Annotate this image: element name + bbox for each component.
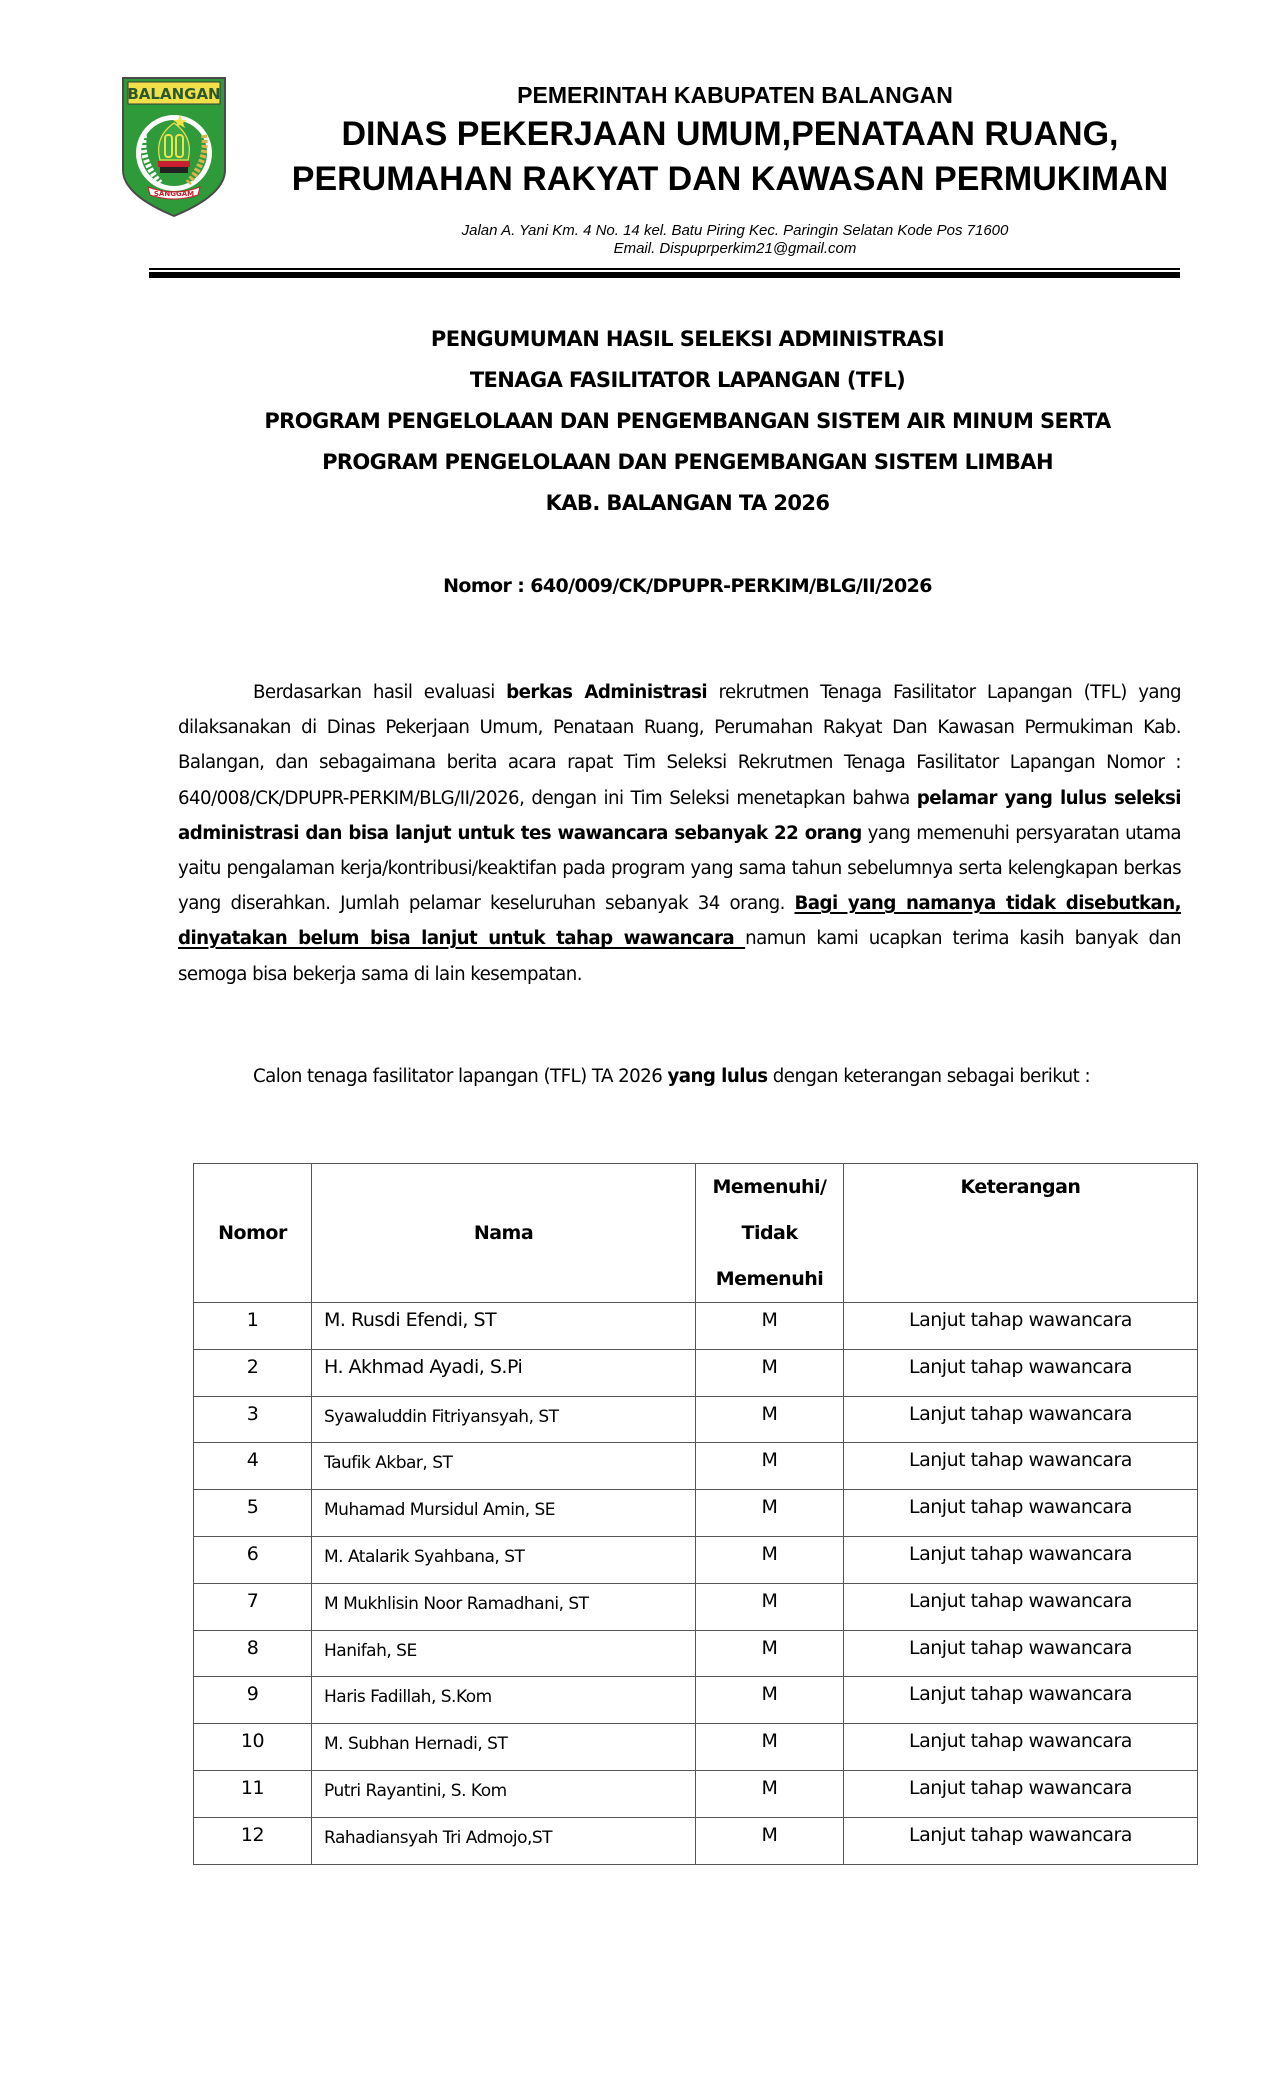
table-row: 2H. Akhmad Ayadi, S.PiMLanjut tahap wawa… <box>194 1349 1198 1396</box>
cell-keterangan: Lanjut tahap wawancara <box>844 1630 1198 1677</box>
cell-nama: Rahadiansyah Tri Admojo,ST <box>312 1817 696 1864</box>
table-row: 11Putri Rayantini, S. KomMLanjut tahap w… <box>194 1770 1198 1817</box>
cell-status-text: M <box>762 1637 778 1659</box>
header-keterangan: Keterangan <box>844 1164 1198 1303</box>
cell-keterangan: Lanjut tahap wawancara <box>844 1583 1198 1630</box>
cell-keterangan: Lanjut tahap wawancara <box>844 1817 1198 1864</box>
cell-status: M <box>696 1770 844 1817</box>
cell-nomor-text: 5 <box>247 1496 259 1518</box>
cell-status: M <box>696 1396 844 1443</box>
cell-nama: M. Rusdi Efendi, ST <box>312 1303 696 1350</box>
cell-nomor: 6 <box>194 1536 312 1583</box>
cell-status: M <box>696 1630 844 1677</box>
cell-nama: Haris Fadillah, S.Kom <box>312 1677 696 1724</box>
cell-keterangan-text: Lanjut tahap wawancara <box>909 1309 1132 1331</box>
cell-nama: M. Subhan Hernadi, ST <box>312 1724 696 1771</box>
letterhead-email: Email. Dispuprperkim21@gmail.com <box>300 240 1170 258</box>
table-header-row: Nomor Nama Memenuhi/ Tidak Memenuhi Kete… <box>194 1164 1198 1303</box>
cell-status-text: M <box>762 1730 778 1752</box>
cell-keterangan-text: Lanjut tahap wawancara <box>909 1824 1132 1846</box>
announcement-title-line1: PENGUMUMAN HASIL SELEKSI ADMINISTRASI <box>150 326 1225 352</box>
letterhead-agency-name-line1: DINAS PEKERJAAN UMUM,PENATAAN RUANG, <box>240 115 1220 153</box>
cell-nomor: 3 <box>194 1396 312 1443</box>
cell-nama-text: M. Rusdi Efendi, ST <box>312 1307 496 1333</box>
header-nama: Nama <box>312 1164 696 1303</box>
header-memenuhi-line1: Memenuhi/ <box>696 1164 843 1210</box>
cell-nomor: 4 <box>194 1443 312 1490</box>
cell-nomor: 5 <box>194 1490 312 1537</box>
cell-nomor-text: 7 <box>247 1590 259 1612</box>
cell-status-text: M <box>762 1496 778 1518</box>
para1-bold-berkas: berkas Administrasi <box>506 682 707 703</box>
cell-status: M <box>696 1677 844 1724</box>
cell-keterangan-text: Lanjut tahap wawancara <box>909 1777 1132 1799</box>
table-body: 1M. Rusdi Efendi, STMLanjut tahap wawanc… <box>194 1303 1198 1865</box>
header-memenuhi-line3: Memenuhi <box>696 1256 843 1302</box>
cell-nama: Taufik Akbar, ST <box>312 1443 696 1490</box>
cell-status: M <box>696 1536 844 1583</box>
cell-status: M <box>696 1724 844 1771</box>
cell-status-text: M <box>762 1449 778 1471</box>
header-memenuhi: Memenuhi/ Tidak Memenuhi <box>696 1164 844 1303</box>
emblem-top-label: BALANGAN <box>127 85 220 103</box>
cell-nomor-text: 12 <box>241 1824 264 1846</box>
table-row: 7M Mukhlisin Noor Ramadhani, STMLanjut t… <box>194 1583 1198 1630</box>
emblem-bottom-label: SANGGAM <box>154 190 194 198</box>
cell-status-text: M <box>762 1683 778 1705</box>
cell-nomor-text: 6 <box>247 1543 259 1565</box>
body-paragraph-list-intro: Calon tenaga fasilitator lapangan (TFL) … <box>178 1059 1181 1094</box>
table-row: 9Haris Fadillah, S.KomMLanjut tahap wawa… <box>194 1677 1198 1724</box>
cell-keterangan-text: Lanjut tahap wawancara <box>909 1637 1132 1659</box>
cell-keterangan-text: Lanjut tahap wawancara <box>909 1496 1132 1518</box>
header-nomor: Nomor <box>194 1164 312 1303</box>
cell-nomor: 1 <box>194 1303 312 1350</box>
cell-nomor-text: 8 <box>247 1637 259 1659</box>
cell-keterangan-text: Lanjut tahap wawancara <box>909 1449 1132 1471</box>
cell-keterangan: Lanjut tahap wawancara <box>844 1724 1198 1771</box>
cell-nomor-text: 2 <box>247 1356 259 1378</box>
cell-nomor-text: 1 <box>247 1309 259 1331</box>
cell-nama-text: H. Akhmad Ayadi, S.Pi <box>312 1354 522 1380</box>
para1-text-1: Berdasarkan hasil evaluasi <box>253 682 506 703</box>
cell-nama-text: Muhamad Mursidul Amin, SE <box>312 1494 555 1523</box>
para2-bold-lulus: yang lulus <box>667 1066 767 1087</box>
cell-nama: Putri Rayantini, S. Kom <box>312 1770 696 1817</box>
cell-keterangan-text: Lanjut tahap wawancara <box>909 1590 1132 1612</box>
cell-nama: H. Akhmad Ayadi, S.Pi <box>312 1349 696 1396</box>
cell-nama-text: M Mukhlisin Noor Ramadhani, ST <box>312 1588 589 1617</box>
cell-status-text: M <box>762 1356 778 1378</box>
cell-keterangan: Lanjut tahap wawancara <box>844 1536 1198 1583</box>
announcement-title-line5: KAB. BALANGAN TA 2026 <box>150 490 1225 516</box>
header-keterangan-label: Keterangan <box>844 1164 1197 1200</box>
cell-status-text: M <box>762 1777 778 1799</box>
letterhead-divider-thin <box>149 268 1180 270</box>
cell-keterangan-text: Lanjut tahap wawancara <box>909 1730 1132 1752</box>
table-row: 5Muhamad Mursidul Amin, SEMLanjut tahap … <box>194 1490 1198 1537</box>
cell-nomor: 10 <box>194 1724 312 1771</box>
cell-keterangan: Lanjut tahap wawancara <box>844 1443 1198 1490</box>
table-row: 8Hanifah, SEMLanjut tahap wawancara <box>194 1630 1198 1677</box>
announcement-title-line4: PROGRAM PENGELOLAAN DAN PENGEMBANGAN SIS… <box>150 449 1225 475</box>
cell-nama: M Mukhlisin Noor Ramadhani, ST <box>312 1583 696 1630</box>
cell-keterangan: Lanjut tahap wawancara <box>844 1349 1198 1396</box>
cell-keterangan: Lanjut tahap wawancara <box>844 1677 1198 1724</box>
cell-keterangan-text: Lanjut tahap wawancara <box>909 1403 1132 1425</box>
header-memenuhi-line2: Tidak <box>696 1210 843 1256</box>
announcement-title-line2: TENAGA FASILITATOR LAPANGAN (TFL) <box>150 367 1225 393</box>
letterhead-divider-thick <box>149 272 1180 278</box>
document-number: Nomor : 640/009/CK/DPUPR-PERKIM/BLG/II/2… <box>150 574 1225 598</box>
cell-status: M <box>696 1817 844 1864</box>
cell-nomor-text: 3 <box>247 1403 259 1425</box>
letterhead-government-name: PEMERINTAH KABUPATEN BALANGAN <box>300 82 1170 108</box>
cell-nomor: 9 <box>194 1677 312 1724</box>
cell-nama: Hanifah, SE <box>312 1630 696 1677</box>
table-row: 4Taufik Akbar, STMLanjut tahap wawancara <box>194 1443 1198 1490</box>
cell-nama: M. Atalarik Syahbana, ST <box>312 1536 696 1583</box>
body-paragraph-evaluation: Berdasarkan hasil evaluasi berkas Admini… <box>178 675 1181 992</box>
cell-status-text: M <box>762 1824 778 1846</box>
table-row: 12Rahadiansyah Tri Admojo,STMLanjut taha… <box>194 1817 1198 1864</box>
cell-status-text: M <box>762 1309 778 1331</box>
cell-nomor: 12 <box>194 1817 312 1864</box>
cell-nomor-text: 11 <box>241 1777 264 1799</box>
cell-keterangan: Lanjut tahap wawancara <box>844 1770 1198 1817</box>
cell-nama-text: Hanifah, SE <box>312 1635 417 1664</box>
letterhead-address: Jalan A. Yani Km. 4 No. 14 kel. Batu Pir… <box>300 222 1170 240</box>
cell-status: M <box>696 1490 844 1537</box>
cell-status: M <box>696 1349 844 1396</box>
cell-nama-text: Syawaluddin Fitriyansyah, ST <box>312 1401 559 1430</box>
para2-text-1: Calon tenaga fasilitator lapangan (TFL) … <box>253 1066 667 1087</box>
para2-text-2: dengan keterangan sebagai berikut : <box>768 1066 1090 1087</box>
table-row: 10M. Subhan Hernadi, STMLanjut tahap waw… <box>194 1724 1198 1771</box>
cell-nama-text: M. Atalarik Syahbana, ST <box>312 1541 524 1570</box>
cell-nama: Syawaluddin Fitriyansyah, ST <box>312 1396 696 1443</box>
cell-nama: Muhamad Mursidul Amin, SE <box>312 1490 696 1537</box>
cell-nama-text: Taufik Akbar, ST <box>312 1447 452 1476</box>
cell-nomor-text: 4 <box>247 1449 259 1471</box>
cell-keterangan: Lanjut tahap wawancara <box>844 1490 1198 1537</box>
cell-status: M <box>696 1583 844 1630</box>
cell-status-text: M <box>762 1543 778 1565</box>
cell-nomor: 7 <box>194 1583 312 1630</box>
cell-nama-text: Putri Rayantini, S. Kom <box>312 1775 507 1804</box>
announcement-title-line3: PROGRAM PENGELOLAAN DAN PENGEMBANGAN SIS… <box>150 408 1225 434</box>
cell-keterangan-text: Lanjut tahap wawancara <box>909 1356 1132 1378</box>
cell-nomor: 11 <box>194 1770 312 1817</box>
cell-keterangan: Lanjut tahap wawancara <box>844 1396 1198 1443</box>
balangan-regency-emblem-icon: BALANGAN SANGGAM <box>120 75 228 219</box>
cell-nama-text: Haris Fadillah, S.Kom <box>312 1681 492 1710</box>
cell-nomor: 2 <box>194 1349 312 1396</box>
letterhead-agency-name-line2: PERUMAHAN RAKYAT DAN KAWASAN PERMUKIMAN <box>240 160 1220 198</box>
cell-keterangan-text: Lanjut tahap wawancara <box>909 1683 1132 1705</box>
cell-keterangan-text: Lanjut tahap wawancara <box>909 1543 1132 1565</box>
cell-status: M <box>696 1443 844 1490</box>
cell-nama-text: Rahadiansyah Tri Admojo,ST <box>312 1822 552 1851</box>
table-row: 1M. Rusdi Efendi, STMLanjut tahap wawanc… <box>194 1303 1198 1350</box>
cell-status: M <box>696 1303 844 1350</box>
passed-candidates-table: Nomor Nama Memenuhi/ Tidak Memenuhi Kete… <box>193 1163 1198 1865</box>
cell-status-text: M <box>762 1590 778 1612</box>
table-row: 6M. Atalarik Syahbana, STMLanjut tahap w… <box>194 1536 1198 1583</box>
cell-status-text: M <box>762 1403 778 1425</box>
cell-nomor-text: 10 <box>241 1730 264 1752</box>
cell-nomor: 8 <box>194 1630 312 1677</box>
cell-nama-text: M. Subhan Hernadi, ST <box>312 1728 507 1757</box>
cell-keterangan: Lanjut tahap wawancara <box>844 1303 1198 1350</box>
cell-nomor-text: 9 <box>247 1683 259 1705</box>
table-row: 3Syawaluddin Fitriyansyah, STMLanjut tah… <box>194 1396 1198 1443</box>
